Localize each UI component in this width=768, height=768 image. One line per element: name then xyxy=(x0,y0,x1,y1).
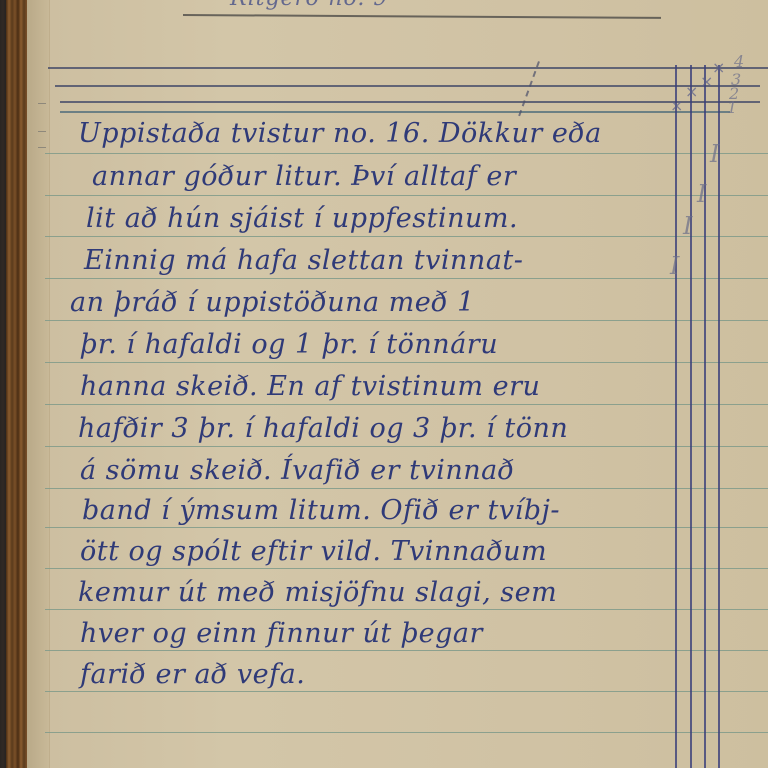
header-rule-2 xyxy=(55,85,760,87)
dashed-slash-mark xyxy=(518,61,542,117)
ruled-line xyxy=(45,320,768,321)
x-mark: × xyxy=(685,82,698,101)
ruled-line xyxy=(45,236,768,237)
handwritten-line-6: þr. í hafaldi og 1 þr. í tönnáru xyxy=(80,329,498,360)
handwritten-line-1: Uppistaða tvistur no. 16. Dökkur eða xyxy=(78,118,602,149)
tally-mark: I xyxy=(670,252,679,280)
gutter-tick xyxy=(38,131,46,132)
ruled-line xyxy=(45,527,768,528)
handwritten-line-8: hafðir 3 þr. í hafaldi og 3 þr. í tönn xyxy=(78,413,568,444)
handwritten-line-2: annar góður litur. Því alltaf er xyxy=(92,161,516,192)
handwritten-line-7: hanna skeið. En af tvistinum eru xyxy=(80,371,540,402)
ruled-line xyxy=(45,609,768,610)
gutter-tick xyxy=(38,103,46,104)
ruled-line xyxy=(45,691,768,692)
tally-mark: I xyxy=(710,140,719,168)
handwritten-line-13: hver og einn finnur út þegar xyxy=(80,618,483,649)
handwritten-line-9: á sömu skeið. Ívafið er tvinnað xyxy=(80,455,514,486)
ledger-page: Ritgerð no. 9 × × × × 4 3 2 1 I I I I Up… xyxy=(0,0,768,768)
tally-mark: I xyxy=(697,180,706,208)
tally-mark: I xyxy=(683,212,692,240)
page-title: Ritgerð no. 9 xyxy=(230,0,388,11)
ruled-line xyxy=(45,404,768,405)
header-rule-4 xyxy=(60,111,730,113)
binding-edge xyxy=(0,0,6,768)
column-header-digit: 1 xyxy=(727,98,737,117)
ruled-line xyxy=(45,278,768,279)
handwritten-line-14: farið er að vefa. xyxy=(80,659,305,690)
header-rule-1 xyxy=(48,67,768,69)
column-line-2 xyxy=(690,65,692,768)
handwritten-line-10: band í ýmsum litum. Ofið er tvíbj- xyxy=(82,495,560,526)
handwritten-line-4: Einnig má hafa slettan tvinnat- xyxy=(84,245,523,276)
page-gutter xyxy=(27,0,50,768)
handwritten-line-5: an þráð í uppistöðuna með 1 xyxy=(70,287,475,318)
ruled-line xyxy=(45,362,768,363)
column-line-1 xyxy=(675,65,677,768)
x-mark: × xyxy=(670,96,683,115)
ruled-line xyxy=(45,650,768,651)
header-rule-3 xyxy=(60,101,760,103)
ruled-line xyxy=(45,153,768,154)
gutter-tick xyxy=(38,147,46,148)
ruled-line xyxy=(45,488,768,489)
x-mark: × xyxy=(712,58,725,77)
handwritten-line-3: lit að hún sjáist í uppfestinum. xyxy=(86,203,518,234)
ruled-line xyxy=(45,446,768,447)
column-header-digit: 4 xyxy=(734,52,744,71)
handwritten-line-11: ött og spólt eftir vild. Tvinnaðum xyxy=(80,536,547,567)
ruled-line xyxy=(45,732,768,733)
column-line-4 xyxy=(718,65,720,768)
ruled-line xyxy=(45,568,768,569)
handwritten-line-12: kemur út með misjöfnu slagi, sem xyxy=(78,577,557,608)
ruled-line xyxy=(45,195,768,196)
column-line-3 xyxy=(704,65,706,768)
title-underline xyxy=(183,14,661,19)
